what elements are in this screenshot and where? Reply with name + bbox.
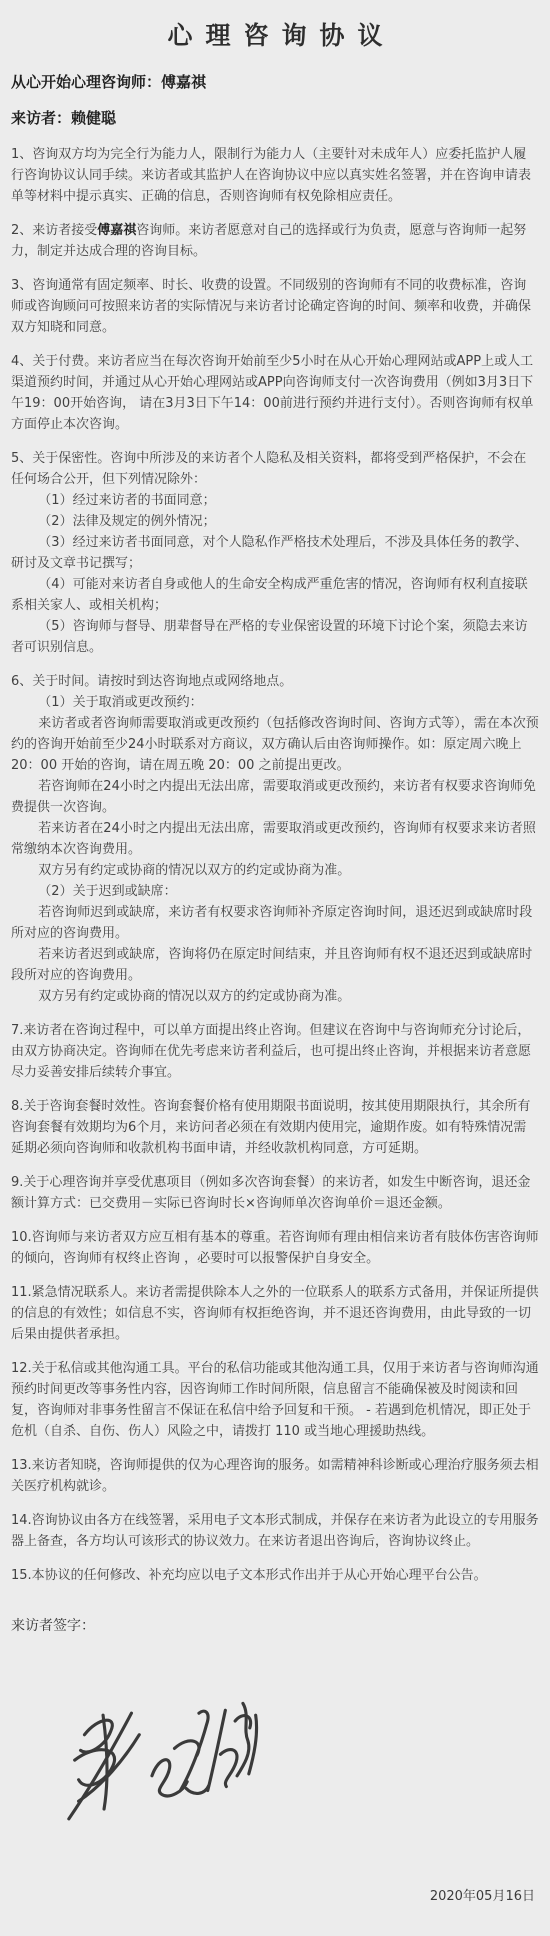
handwritten-signature-icon [61, 1692, 286, 1842]
clause-6-item-1-para-2: 若咨询师在24小时之内提出无法出席，需要取消或更改预约，来访者有权要求咨询师免费… [11, 776, 539, 818]
clause-5-item-5: （5）咨询师与督导、朋辈督导在严格的专业保密设置的环境下讨论个案，须隐去来访者可… [11, 616, 539, 658]
clause-4: 4、关于付费。来访者应当在每次咨询开始前至少5小时在从心开始心理网站或APP上或… [11, 351, 539, 435]
clause-13: 13.来访者知晓，咨询师提供的仅为心理咨询的服务。如需精神科诊断或心理治疗服务须… [11, 1455, 539, 1497]
clause-15: 15.本协议的任何修改、补充均应以电子文本形式作出并于从心开始心理平台公告。 [11, 1565, 539, 1586]
clause-11: 11.紧急情况联系人。来访者需提供除本人之外的一位联系人的联系方式备用，并保证所… [11, 1282, 539, 1345]
clause-7: 7.来访者在咨询过程中，可以单方面提出终止咨询。但建议在咨询中与咨询师充分讨论后… [11, 1020, 539, 1083]
date-line: 2020年05月16日 [11, 1888, 535, 1906]
clause-3: 3、咨询通常有固定频率、时长、收费的设置。不同级别的咨询师有不同的收费标准，咨询… [11, 275, 539, 338]
clause-6-item-1-para-1: 来访者或者咨询师需要取消或更改预约（包括修改咨询时间、咨询方式等），需在本次预约… [11, 713, 539, 776]
clause-6-item-1-para-3: 若来访者在24小时之内提出无法出席，需要取消或更改预约，咨询师有权要求来访者照常… [11, 818, 539, 860]
clause-5-item-4: （4）可能对来访者自身或他人的生命安全构成严重危害的情况，咨询师有权利直接联系相… [11, 574, 539, 616]
clause-6-item-2-para-3: 双方另有约定或协商的情况以双方的约定或协商为准。 [11, 986, 539, 1007]
clause-14: 14.咨询协议由各方在线签署，采用电子文本形式制成，并保存在来访者为此设立的专用… [11, 1510, 539, 1552]
clause-8: 8.关于咨询套餐时效性。咨询套餐价格有使用期限书面说明，按其使用期限执行，其余所… [11, 1096, 539, 1159]
visitor-line: 来访者：赖健聪 [11, 108, 539, 128]
clause-6-item-1: （1）关于取消或更改预约： [11, 692, 539, 713]
agreement-document: 心理咨询协议 从心开始心理咨询师：傅嘉祺 来访者：赖健聪 1、咨询双方均为完全行… [0, 0, 550, 1936]
clause-5-item-3: （3）经过来访者书面同意，对个人隐私作严格技术处理后，不涉及具体任务的教学、研讨… [11, 532, 539, 574]
clause-2: 2、来访者接受傅嘉祺咨询师。来访者愿意对自己的选择或行为负责，愿意与咨询师一起努… [11, 220, 539, 262]
page-title: 心理咨询协议 [11, 16, 539, 52]
clause-6-item-2: （2）关于迟到或缺席： [11, 881, 539, 902]
clause-5: 5、关于保密性。咨询中所涉及的来访者个人隐私及相关资料，都将受到严格保护，不会在… [11, 448, 539, 490]
clause-5-item-1: （1）经过来访者的书面同意； [11, 490, 539, 511]
clause-5-item-2: （2）法律及规定的例外情况； [11, 511, 539, 532]
clause-2-pre: 2、来访者接受 [11, 223, 97, 238]
clause-6: 6、关于时间。请按时到达咨询地点或网络地点。 [11, 671, 539, 692]
clause-1: 1、咨询双方均为完全行为能力人，限制行为能力人（主要针对未成年人）应委托监护人履… [11, 144, 539, 207]
clause-12: 12.关于私信或其他沟通工具。平台的私信功能或其他沟通工具，仅用于来访者与咨询师… [11, 1358, 539, 1442]
clause-6-item-2-para-2: 若来访者迟到或缺席，咨询将仍在原定时间结束，并且咨询师有权不退还迟到或缺席时段所… [11, 944, 539, 986]
visitor-signature [61, 1692, 286, 1842]
counselor-line: 从心开始心理咨询师：傅嘉祺 [11, 72, 539, 92]
clause-9: 9.关于心理咨询并享受优惠项目（例如多次咨询套餐）的来访者，如发生中断咨询，退还… [11, 1172, 539, 1214]
clause-6-item-1-para-4: 双方另有约定或协商的情况以双方的约定或协商为准。 [11, 860, 539, 881]
signature-label: 来访者签字： [11, 1616, 539, 1636]
clause-10: 10.咨询师与来访者双方应互相有基本的尊重。若咨询师有理由相信来访者有肢体伤害咨… [11, 1227, 539, 1269]
clause-6-item-2-para-1: 若咨询师迟到或缺席，来访者有权要求咨询师补齐原定咨询时间，退还迟到或缺席时段所对… [11, 902, 539, 944]
counselor-name-bold: 傅嘉祺 [97, 223, 136, 238]
